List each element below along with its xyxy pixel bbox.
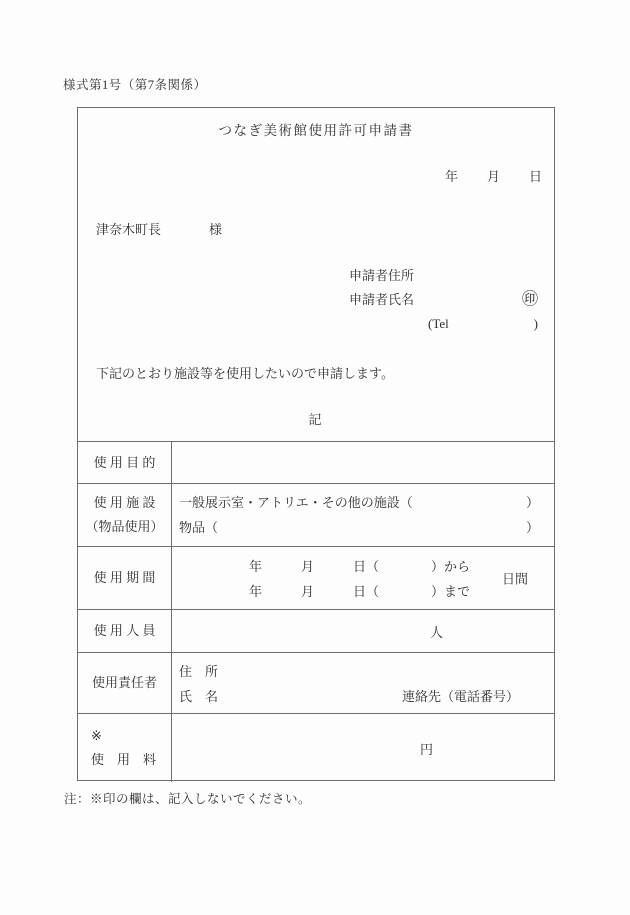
facility-line1-close-paren: ） xyxy=(526,490,539,515)
seal-mark-icon: ㊞ xyxy=(522,288,538,312)
manager-name-label: 氏 名 xyxy=(179,689,218,704)
table-row-fee: ※ 使 用 料 円 xyxy=(78,713,554,782)
form-number-label: 様式第1号（第7条関係） xyxy=(63,75,207,93)
manager-contact-label: 連絡先（電話番号） xyxy=(402,689,519,704)
table-row-facility: 使 用 施 設 （物品使用） 一般展示室・アトリエ・その他の施設（ ） 物品（ … xyxy=(78,483,554,546)
facility-input-area: 一般展示室・アトリエ・その他の施設（ ） 物品（ ） xyxy=(172,484,554,546)
manager-address-label: 住 所 xyxy=(179,659,554,684)
purpose-input-area xyxy=(172,442,554,483)
table-row-manager: 使用責任者 住 所 氏 名連絡先（電話番号） xyxy=(78,652,554,713)
facility-line2: 物品（ ） xyxy=(172,515,554,540)
table-row-people: 使 用 人 員 人 xyxy=(78,609,554,652)
people-unit-label: 人 xyxy=(172,622,443,641)
period-lines: 年 月 日（ ）から 年 月 日（ ）まで xyxy=(172,547,554,604)
table-row-period: 使 用 期 間 年 月 日（ ）から 年 月 日（ ）まで 日間 xyxy=(78,546,554,609)
facility-label-line2: （物品使用） xyxy=(85,515,163,539)
addressee-name: 津奈木町長 xyxy=(96,222,161,237)
applicant-name-label: 申請者氏名 xyxy=(349,288,414,312)
tel-close-paren: ) xyxy=(534,312,538,336)
applicant-block: 申請者住所 申請者氏名 ㊞ (Tel ) xyxy=(349,264,538,336)
period-label: 使 用 期 間 xyxy=(78,547,172,609)
period-input-area: 年 月 日（ ）から 年 月 日（ ）まで 日間 xyxy=(172,547,554,609)
applicant-name-line: 申請者氏名 ㊞ xyxy=(349,288,538,312)
fee-label-text: 使 用 料 xyxy=(91,748,156,772)
addressee-honorific: 様 xyxy=(209,222,222,237)
tel-open-label: (Tel xyxy=(428,312,449,336)
facility-line2-text: 物品（ xyxy=(179,515,218,540)
people-input-area: 人 xyxy=(172,610,554,652)
applicant-address-label: 申請者住所 xyxy=(349,264,538,288)
period-days-suffix: 日間 xyxy=(502,569,528,588)
purpose-label: 使 用 目 的 xyxy=(78,442,172,483)
table-row-purpose: 使 用 目 的 xyxy=(78,441,554,483)
fee-unit-label: 円 xyxy=(172,739,433,758)
fee-input-area: 円 xyxy=(172,714,554,782)
application-table: 使 用 目 的 使 用 施 設 （物品使用） 一般展示室・アトリエ・その他の施設… xyxy=(78,441,554,782)
facility-line1: 一般展示室・アトリエ・その他の施設（ ） xyxy=(172,490,554,515)
manager-label: 使用責任者 xyxy=(78,653,172,713)
facility-label-line1: 使 用 施 設 xyxy=(94,491,156,515)
manager-name-line: 氏 名連絡先（電話番号） xyxy=(179,684,554,709)
manager-input-area: 住 所 氏 名連絡先（電話番号） xyxy=(172,653,554,713)
people-label: 使 用 人 員 xyxy=(78,610,172,652)
document-page: 様式第1号（第7条関係） つなぎ美術館使用許可申請書 年 月 日 津奈木町長様 … xyxy=(0,0,630,915)
date-line: 年 月 日 xyxy=(445,166,543,185)
application-form-box: つなぎ美術館使用許可申請書 年 月 日 津奈木町長様 申請者住所 申請者氏名 ㊞… xyxy=(77,107,555,781)
manager-lines: 住 所 氏 名連絡先（電話番号） xyxy=(172,653,554,709)
facility-line2-close-paren: ） xyxy=(526,515,539,540)
footnote: 注：※印の欄は、記入しないでください。 xyxy=(64,789,311,807)
tel-line: (Tel ) xyxy=(349,312,538,336)
fee-label: ※ 使 用 料 xyxy=(78,714,172,782)
request-sentence: 下記のとおり施設等を使用したいので申請します。 xyxy=(96,363,394,382)
addressee-line: 津奈木町長様 xyxy=(96,219,222,238)
ki-heading: 記 xyxy=(78,409,554,428)
facility-line1-text: 一般展示室・アトリエ・その他の施設（ xyxy=(179,490,413,515)
facility-label: 使 用 施 設 （物品使用） xyxy=(78,484,172,546)
fee-label-asterisk: ※ xyxy=(91,724,102,748)
form-title: つなぎ美術館使用許可申請書 xyxy=(78,119,554,139)
